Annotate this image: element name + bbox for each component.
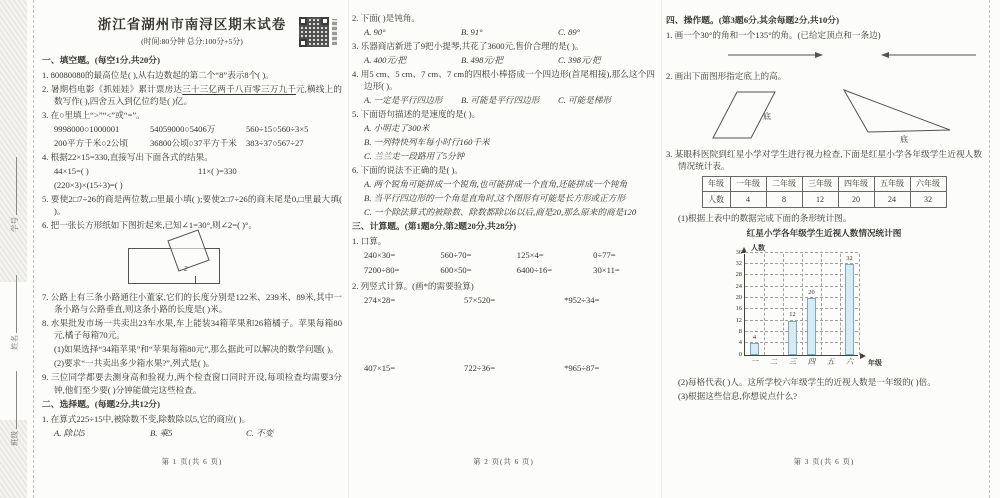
- v-gridline: [802, 254, 803, 355]
- margin-field-name: 姓名: [9, 275, 20, 350]
- q3-compare-row-2: 200平方千米○2公顷 36800公顷○37平方千米 383÷37○567÷27: [42, 137, 342, 149]
- fill-q9: 9. 三位同学都要去测身高和验视力,两个检查窗口同时开设,每项检查均需要3分钟,…: [42, 371, 342, 396]
- section-3-heading: 三、计算题。(第1题8分,第2题20分,共28分): [352, 220, 655, 233]
- expression-item: 11×( )=330: [198, 165, 342, 177]
- section-2-title: 二、选择题。: [42, 399, 95, 409]
- binding-hatch-top: [0, 0, 27, 282]
- oral-calc-row-1: 240×30= 560÷70= 125×4= 0÷77=: [352, 249, 655, 261]
- folded-rectangle-figure: 2: [128, 234, 278, 288]
- chart-plot: 04812162024283236一二三四五六4122032: [744, 254, 858, 356]
- paper-subtitle: (时间:80分钟 总分:100分+5分): [42, 36, 342, 47]
- page-divider-1: [348, 0, 349, 498]
- choice-q6-option-c: C. 一个除法算式的被除数、除数都除以6以后,商是20,那么原来的商是120: [352, 206, 655, 218]
- y-tick-label: 8: [739, 328, 742, 336]
- table-cell: 人数: [702, 192, 730, 208]
- myopia-data-table: 年级 一年级 二年级 三年级 四年级 五年级 六年级 人数 4 8 12 20 …: [702, 176, 947, 208]
- section-1-note: (每空1分,共20分): [95, 55, 160, 65]
- x-tick-label: 四: [802, 357, 821, 368]
- fill-q8: 8. 水果批发市场一共卖出23车水果,车上能装34箱苹果和26箱橘子。苹果每箱8…: [42, 317, 342, 342]
- table-cell: 二年级: [766, 176, 802, 192]
- working-space: [352, 306, 655, 362]
- ray-left-icon: [880, 50, 976, 60]
- operate-q1: 1. 画一个30°的角和一个135°的角。(已给定顶点和一条边): [666, 29, 982, 41]
- page-2-footer: 第 2 页(共 6 页): [352, 457, 655, 467]
- vertical-item-check: *965÷87=: [564, 362, 655, 374]
- vertical-calc-title: 2. 列竖式计算。: [352, 281, 412, 291]
- v-gridline: [821, 254, 822, 355]
- fill-q2: 2. 暑期档电影《抓娃娃》累计票房达三十三亿两千八百零三万九千元,横线上的数写作…: [42, 83, 342, 108]
- y-tick-label: 24: [736, 283, 742, 291]
- oral-item: 560÷70=: [440, 249, 516, 261]
- vertical-calc-label: 2. 列竖式计算。(画*的需要验算): [352, 280, 655, 292]
- ray-right-icon: [728, 50, 824, 60]
- option-b: B. 91°: [461, 26, 558, 38]
- option-a: A. 90°: [364, 26, 461, 38]
- x-tick-label: 六: [840, 357, 859, 368]
- table-row-header: 年级 一年级 二年级 三年级 四年级 五年级 六年级: [702, 176, 946, 192]
- bar-value-label: 12: [783, 310, 802, 319]
- y-tick-label: 16: [736, 305, 742, 313]
- oral-item: 30×11=: [593, 264, 655, 276]
- table-cell: 一年级: [730, 176, 766, 192]
- margin-field-line: [10, 157, 17, 215]
- bar-value-label: 4: [745, 333, 764, 342]
- x-tick-label: 三: [783, 357, 802, 368]
- operate-q3-sub1: (1)根据上表中的数据完成下面的条形统计图。: [666, 212, 982, 224]
- option-a: A. 除以5: [54, 427, 150, 439]
- v-gridline: [764, 254, 765, 355]
- base-label: 底: [900, 134, 908, 144]
- section-2-heading: 二、选择题。(每题2分,共12分): [42, 398, 342, 411]
- section-4-heading: 四、操作题。(第3题6分,其余每题2分,共10分): [666, 14, 982, 27]
- right-edge-dashed-line: [989, 0, 990, 498]
- vertical-item: 407×15=: [364, 362, 464, 374]
- y-tick-label: 4: [739, 339, 742, 347]
- table-cell: 8: [766, 192, 802, 208]
- qr-finder-icon: [321, 17, 329, 25]
- option-a: A. 400元/把: [364, 54, 461, 66]
- bar-chart: 人数 04812162024283236一二三四五六4122032 年级: [724, 254, 924, 376]
- q4-row-1: 44×15=( ) 11×( )=330: [42, 165, 342, 177]
- parallelogram-figure: 底: [712, 88, 786, 144]
- page-divider-2: [661, 0, 662, 498]
- fill-q3: 3. 在○里填上“>”“<”或“=”。: [42, 109, 342, 121]
- choice-q6: 6. 下面的说法不正确的是( )。: [352, 164, 655, 176]
- chart-title: 红星小学各年级学生近视人数情况统计图: [666, 227, 982, 239]
- option-c: C. 不变: [246, 427, 342, 439]
- choice-q5: 5. 下面语句描述的是速度的是( )。: [352, 108, 655, 120]
- section-1-title: 一、填空题。: [42, 55, 95, 65]
- bar: [788, 321, 797, 355]
- oral-item: 6400÷16=: [517, 264, 593, 276]
- table-cell: 四年级: [838, 176, 874, 192]
- choice-q2-options: A. 90° B. 91° C. 89°: [352, 26, 655, 38]
- operate-q2: 2. 画出下面图形指定底上的高。: [666, 70, 982, 82]
- height-drawing-figures: 底 底: [712, 86, 982, 144]
- oral-calc-label: 1. 口算。: [352, 235, 655, 247]
- v-gridline: [859, 254, 860, 355]
- table-cell: 六年级: [910, 176, 946, 192]
- choice-q5-option-c: C. 兰兰走一段路用了5分钟: [352, 150, 655, 162]
- table-cell: 24: [874, 192, 910, 208]
- section-3-title: 三、计算题。: [352, 221, 405, 231]
- compare-item: 200平方千米○2公顷: [54, 137, 150, 149]
- section-2-note: (每题2分,共12分): [95, 399, 160, 409]
- operate-q3: 3. 某眼科医院到红星小学对学生进行视力检查,下面是红星小学各年级学生近视人数情…: [666, 148, 982, 173]
- margin-field-label: 学号: [10, 217, 19, 232]
- margin-field-class: 班级: [9, 371, 20, 446]
- oral-item: 125×4=: [517, 249, 593, 261]
- q3-compare-row-1: 9998000○1000001 54059000○5406万 560÷15○56…: [42, 123, 342, 135]
- paper-title: 浙江省湖州市南浔区期末试卷: [42, 15, 342, 35]
- qr-caption: [332, 19, 337, 45]
- option-c: C. 可能是梯形: [558, 94, 655, 106]
- angle-2-label: 2: [184, 264, 188, 274]
- compare-item: 560÷15○560÷3×5: [246, 123, 342, 135]
- margin-field-student-id: 学号: [9, 157, 20, 232]
- vertical-calc-note: (画*的需要验算): [412, 281, 474, 291]
- table-cell: 20: [838, 192, 874, 208]
- y-tick-label: 32: [736, 260, 742, 268]
- bar: [845, 264, 854, 355]
- bar-value-label: 32: [840, 254, 859, 263]
- y-tick-label: 36: [736, 249, 742, 257]
- y-tick-label: 0: [739, 351, 742, 359]
- bar: [807, 298, 816, 355]
- y-tick-label: 12: [736, 317, 742, 325]
- x-tick-label: 二: [764, 357, 783, 368]
- choice-q1: 1. 在算式225÷15中,被除数不变,除数除以5,它的商应( )。: [42, 413, 342, 425]
- x-tick-label: 一: [745, 357, 764, 368]
- vertical-calc-row-2: 407×15= 722÷36= *965÷87=: [352, 362, 655, 374]
- option-b: B. 乘5: [150, 427, 246, 439]
- margin-field-line: [10, 371, 17, 429]
- fill-q4: 4. 根据22×15=330,直接写出下面各式的结果。: [42, 151, 342, 163]
- margin-field-line: [10, 275, 17, 333]
- fill-q8-sub2: (2)要求“一共卖出多少箱水果?”,列式是( )。: [42, 357, 342, 369]
- q2-underlined-number: 三十三亿两千八百零三万九千: [182, 84, 296, 94]
- choice-q3-options: A. 400元/把 B. 498元/把 C. 398元/把: [352, 54, 655, 66]
- v-gridline: [783, 254, 784, 355]
- q2-text-before: 2. 暑期档电影《抓娃娃》累计票房达: [42, 84, 182, 94]
- option-c: C. 398元/把: [558, 54, 655, 66]
- compare-item: 9998000○1000001: [54, 123, 150, 135]
- h-gridline: [745, 252, 858, 253]
- choice-q4-options: A. 一定是平行四边形 B. 可能是平行四边形 C. 可能是梯形: [352, 94, 655, 106]
- section-4-title: 四、操作题。: [666, 15, 719, 25]
- operate-q3-sub3: (3)根据这些信息,你想说点什么?: [666, 390, 982, 402]
- y-tick-label: 20: [736, 294, 742, 302]
- table-cell: 年级: [702, 176, 730, 192]
- choice-q6-option-a: A. 两个锐角可能拼成一个锐角,也可能拼成一个直角,还能拼成一个钝角: [352, 178, 655, 190]
- paper-sheet: 学号 姓名 班级 浙江省湖州市南浔区期末试卷 (时间:80分钟 总分:100分+…: [0, 0, 1000, 498]
- fill-q1: 1. 80080080的最高位是( ),从右边数起的第二个“8”表示8个( )。: [42, 69, 342, 81]
- table-row-values: 人数 4 8 12 20 24 32: [702, 192, 946, 208]
- compare-item: 36800公顷○37平方千米: [150, 137, 246, 149]
- option-c: C. 89°: [558, 26, 655, 38]
- page-1-footer: 第 1 页(共 6 页): [42, 457, 342, 467]
- oral-item: 240×30=: [364, 249, 440, 261]
- q4-row-2: (220×3)×(15÷3)=( ): [42, 179, 342, 191]
- base-label: 底: [763, 111, 771, 121]
- choice-q1-options: A. 除以5 B. 乘5 C. 不变: [42, 427, 342, 439]
- table-cell: 4: [730, 192, 766, 208]
- choice-q6-option-b: B. 当平行四边形的一个角是直角时,这个图形有可能是长方形或正方形: [352, 192, 655, 204]
- bar-value-label: 20: [802, 288, 821, 297]
- option-b: B. 498元/把: [461, 54, 558, 66]
- page-3-footer: 第 3 页(共 6 页): [666, 457, 982, 467]
- oral-item: 7200÷80=: [364, 264, 440, 276]
- oral-calc-row-2: 7200÷80= 600×50= 6400÷16= 30×11=: [352, 264, 655, 276]
- oral-item: 600×50=: [440, 264, 516, 276]
- vertical-item: 274×28=: [364, 294, 464, 306]
- section-3-note: (第1题8分,第2题20分,共28分): [405, 221, 516, 231]
- vertical-item-check: *952÷34=: [564, 294, 655, 306]
- choice-q2: 2. 下面( )是钝角。: [352, 12, 655, 24]
- section-1-heading: 一、填空题。(每空1分,共20分): [42, 54, 342, 67]
- choice-q3: 3. 乐器商店新进了9把小提琴,共花了3600元,售价合理的是( )。: [352, 40, 655, 52]
- margin-field-label: 班级: [10, 431, 19, 446]
- y-tick-label: 28: [736, 271, 742, 279]
- page-3: 四、操作题。(第3题6分,其余每题2分,共10分) 1. 画一个30°的角和一个…: [666, 12, 982, 404]
- table-cell: 三年级: [802, 176, 838, 192]
- x-tick-label: 五: [821, 357, 840, 368]
- qr-finder-icon: [299, 39, 307, 47]
- page-2: 2. 下面( )是钝角。 A. 90° B. 91° C. 89° 3. 乐器商…: [352, 12, 655, 375]
- page-1: 浙江省湖州市南浔区期末试卷 (时间:80分钟 总分:100分+5分) 一、填空题…: [42, 12, 342, 441]
- seal-dashed-line: [33, 0, 34, 498]
- right-angle-mark: [195, 276, 199, 284]
- oral-item: 0÷77=: [593, 249, 655, 261]
- bar: [750, 343, 759, 354]
- v-gridline: [840, 254, 841, 355]
- table-cell: 12: [802, 192, 838, 208]
- choice-q5-option-b: B. 一列特快列车每小时行160千米: [352, 136, 655, 148]
- qr-finder-icon: [299, 17, 307, 25]
- compare-item: 54059000○5406万: [150, 123, 246, 135]
- expression-item: 44×15=( ): [54, 165, 198, 177]
- fill-q7: 7. 公路上有三条小路通往小董家,它们的长度分别是122米、239米、89米,其…: [42, 291, 342, 316]
- option-a: A. 一定是平行四边形: [364, 94, 461, 106]
- operate-q3-sub2: (2)每格代表( )人。这所学校六年级学生的近视人数是一年级的( )倍。: [666, 376, 982, 388]
- scanned-exam-paper: { "meta": { "footer1": "第 1 页(共 6 页)", "…: [0, 0, 1000, 498]
- vertical-item: 722÷36=: [464, 362, 564, 374]
- angle-rays-figure: [728, 50, 982, 60]
- choice-q4: 4. 用5 cm、5 cm、7 cm、7 cm的四根小棒搭成一个四边形(首尾相接…: [352, 68, 655, 93]
- triangle-figure: 底: [824, 86, 956, 144]
- option-b: B. 可能是平行四边形: [461, 94, 558, 106]
- qr-code: [299, 17, 329, 47]
- compare-item: 383÷37○567÷27: [246, 137, 342, 149]
- section-4-note: (第3题6分,其余每题2分,共10分): [719, 15, 839, 25]
- x-axis-label: 年级: [868, 358, 882, 368]
- fill-q6: 6. 把一张长方形纸如下图折起来,已知∠1=30°,则∠2=( )°。: [42, 219, 342, 231]
- table-cell: 五年级: [874, 176, 910, 192]
- table-cell: 32: [910, 192, 946, 208]
- margin-field-label: 姓名: [10, 335, 19, 350]
- choice-q5-option-a: A. 小明走了300米: [352, 122, 655, 134]
- vertical-calc-row-1: 274×28= 57×520= *952÷34=: [352, 294, 655, 306]
- vertical-item: 57×520=: [464, 294, 564, 306]
- fill-q8-sub1: (1)如果选择“34箱苹果”和“苹果每箱80元”,那么据此可以解决的数学问题( …: [42, 343, 342, 355]
- fill-q5: 5. 要使2□7÷26的商是两位数,□里最小填( );要使2□7÷26的商末尾是…: [42, 193, 342, 218]
